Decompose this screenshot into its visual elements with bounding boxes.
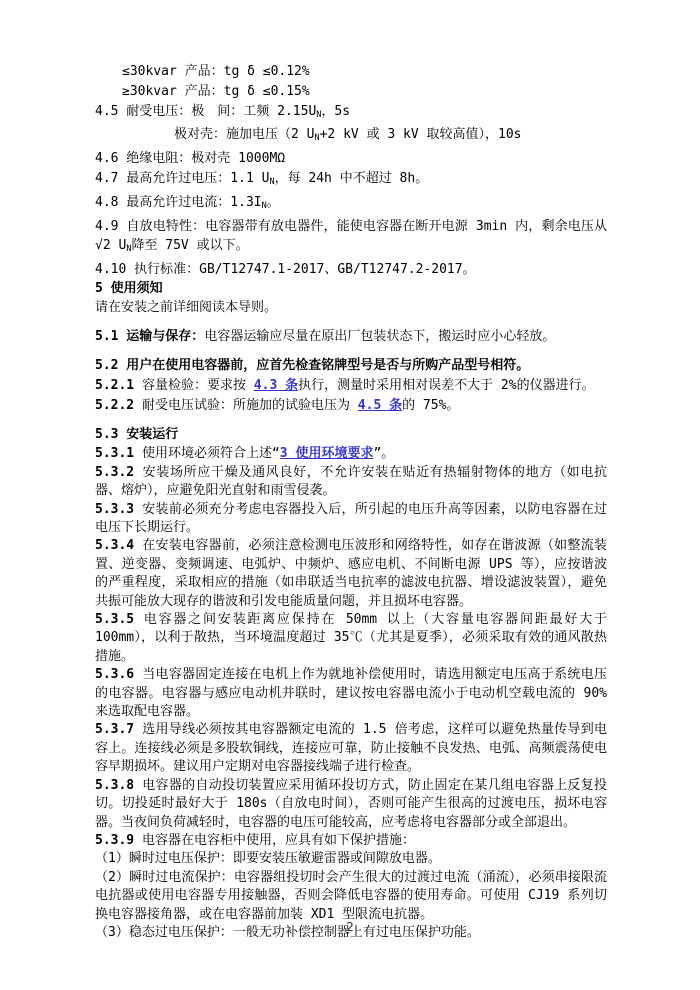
spec-item-4-7: 4.7 最高允许过电压：1.1 UN，每 24h 中不超过 8h。 — [95, 169, 607, 193]
item-text: 选用导线必须按其电容器额定电流的 1.5 倍考虑，这样可以避免热量传导到电容上。… — [95, 722, 607, 774]
item-number: 5.3.7 — [95, 722, 134, 737]
item-text: 在安装电容器前，必须注意检测电压波形和网络特性，如存在谐波源（如整流装置、逆变器… — [95, 538, 607, 608]
ref-link-4-5[interactable]: 4.5 条 — [358, 398, 402, 413]
spec-item-4-9: 4.9 自放电特性：电容器带有放电器件，能使电容器在断开电源 3min 内，剩余… — [95, 217, 607, 261]
spec-item-4-10: 4.10 执行标准：GB/T12747.1-2017、GB/T12747.2-2… — [95, 260, 607, 280]
item-text: 的 75%。 — [402, 398, 459, 413]
item-number: 5.2.2 — [95, 398, 134, 413]
item-text: ”。 — [373, 446, 394, 461]
spec-text: 4.10 执行标准：GB/T12747.1-2017、GB/T12747.2-2… — [95, 262, 476, 277]
para-5-3-5: 5.3.5 电容器之间安装距离应保持在 50mm 以上（大容量电容器间距最好大于… — [95, 611, 607, 666]
item-text: 当电容器固定连接在电机上作为就地补偿使用时，请选用额定电压高于系统电压的电容器。… — [95, 667, 607, 719]
section-4-specs: ≤30kvar 产品：tg δ ≤0.12% ≥30kvar 产品：tg δ ≤… — [95, 62, 607, 280]
document-page: ≤30kvar 产品：tg δ ≤0.12% ≥30kvar 产品：tg δ ≤… — [95, 62, 607, 942]
spec-item-4-5-cont: 极对壳：施加电压（2 UN+2 kV 或 3 kV 取较高值），10s — [95, 125, 607, 149]
item-text: 执行，测量时采用相对误差不大于 2%的仪器进行。 — [298, 378, 594, 393]
item-text: 使用环境必须符合上述“ — [134, 446, 280, 461]
spec-text: 4.8 最高允许过电流：1.3I — [95, 195, 262, 210]
para-5-2-2: 5.2.2 耐受电压试验：所施加的试验电压为 4.5 条的 75%。 — [95, 396, 607, 416]
para-5-3-2: 5.3.2 安装场所应干燥及通风良好，不允许安装在贴近有热辐射物体的地方（如电抗… — [95, 464, 607, 501]
spec-text: 4.7 最高允许过电压：1.1 U — [95, 171, 269, 186]
ref-link-4-3[interactable]: 4.3 条 — [254, 378, 298, 393]
item-number: 5.3.8 — [95, 778, 134, 793]
spec-text: ，每 24h 中不超过 8h。 — [275, 171, 429, 186]
ref-link-section-3[interactable]: 3 使用环境要求 — [280, 446, 374, 461]
item-text: （1）瞬时过电压保护：即要安装压敏避雷器或间隙放电器。 — [95, 851, 441, 866]
item-text: 5.3 安装运行 — [95, 427, 178, 442]
section-heading: 5 使用须知 — [95, 280, 607, 298]
intro-note: 请在安装之前详细阅读本导则。 — [95, 298, 607, 318]
item-text: 电容器运输应尽量在原出厂包装状态下，搬运时应小心轻放。 — [204, 329, 555, 344]
spec-item-4-6: 4.6 绝缘电阻：极对壳 1000MΩ — [95, 149, 607, 169]
para-5-3-7: 5.3.7 选用导线必须按其电容器额定电流的 1.5 倍考虑，这样可以避免热量传… — [95, 721, 607, 776]
item-text: 安装场所应干燥及通风良好，不允许安装在贴近有热辐射物体的地方（如电抗器、熔炉），… — [95, 465, 607, 498]
item-number: 5.3.5 — [95, 612, 134, 627]
item-text: 5.2 用户在使用电容器前，应首先检查铭牌型号是否与所购产品型号相符。 — [95, 358, 529, 373]
para-5-3-6: 5.3.6 当电容器固定连接在电机上作为就地补偿使用时，请选用额定电压高于系统电… — [95, 666, 607, 721]
spec-item-4-5: 4.5 耐受电压：极 间：工频 2.15UN，5s — [95, 102, 607, 126]
item-number: 5.3.1 — [95, 446, 134, 461]
item-number: 5.3.3 — [95, 502, 134, 517]
protection-item-2: （2）瞬时过电流保护：电容器组投切时会产生很大的过渡过电流（涌流），必须串接限流… — [95, 869, 607, 924]
page-number: 2 — [0, 919, 700, 934]
spec-text: 4.5 耐受电压：极 间：工频 2.15U — [95, 104, 316, 119]
para-5-2: 5.2 用户在使用电容器前，应首先检查铭牌型号是否与所购产品型号相符。 — [95, 356, 607, 376]
item-text: 电容器在电容柜中使用，应具有如下保护措施： — [134, 833, 415, 848]
para-5-3-9: 5.3.9 电容器在电容柜中使用，应具有如下保护措施： — [95, 832, 607, 850]
item-number: 5.3.4 — [95, 538, 134, 553]
para-5-3-3: 5.3.3 安装前必须充分考虑电容器投入后，所引起的电压升高等因素，以防电容器在… — [95, 501, 607, 538]
spec-text: 降至 75V 或以下。 — [131, 238, 248, 253]
item-number: 5.3.2 — [95, 465, 134, 480]
spec-text: ≥30kvar 产品：tg δ ≤0.15% — [122, 84, 310, 99]
spec-text: +2 kV 或 3 kV 取较高值），10s — [320, 127, 522, 142]
section-5-intro: 请在安装之前详细阅读本导则。 5.1 运输与保存：电容器运输应尽量在原出厂包装状… — [95, 298, 607, 445]
section-5-usage-notes: 5 使用须知 请在安装之前详细阅读本导则。 5.1 运输与保存：电容器运输应尽量… — [95, 280, 607, 942]
item-number: 5.3.9 — [95, 833, 134, 848]
protection-item-1: （1）瞬时过电压保护：即要安装压敏避雷器或间隙放电器。 — [95, 850, 607, 868]
item-text: （2）瞬时过电流保护：电容器组投切时会产生很大的过渡过电流（涌流），必须串接限流… — [95, 870, 607, 922]
spec-tan-delta-small: ≤30kvar 产品：tg δ ≤0.12% — [95, 62, 607, 82]
para-5-3-8: 5.3.8 电容器的自动投切装置应采用循环投切方式，防止固定在某几组电容器上反复… — [95, 777, 607, 832]
item-text: 耐受电压试验：所施加的试验电压为 — [134, 398, 358, 413]
para-5-3-heading: 5.3 安装运行 — [95, 425, 607, 445]
item-text: 电容器之间安装距离应保持在 50mm 以上（大容量电容器间距最好大于 100mm… — [95, 612, 607, 664]
item-text: 电容器的自动投切装置应采用循环投切方式，防止固定在某几组电容器上反复投切。切投延… — [95, 778, 607, 830]
intro-text: 请在安装之前详细阅读本导则。 — [95, 300, 277, 315]
para-5-1: 5.1 运输与保存：电容器运输应尽量在原出厂包装状态下，搬运时应小心轻放。 — [95, 327, 607, 347]
item-number: 5.2.1 — [95, 378, 134, 393]
spec-text: 。 — [267, 195, 280, 210]
item-number: 5.3.6 — [95, 667, 134, 682]
para-5-3-1: 5.3.1 使用环境必须符合上述“3 使用环境要求”。 — [95, 445, 607, 463]
spec-text: 4.6 绝缘电阻：极对壳 1000MΩ — [95, 151, 285, 166]
item-text: 容量检验：要求按 — [134, 378, 254, 393]
spec-text: 极对壳：施加电压（2 U — [174, 127, 314, 142]
item-label: 5.1 运输与保存： — [95, 329, 204, 344]
para-5-3-4: 5.3.4 在安装电容器前，必须注意检测电压波形和网络特性，如存在谐波源（如整流… — [95, 537, 607, 611]
item-text: 安装前必须充分考虑电容器投入后，所引起的电压升高等因素，以防电容器在过电压下长期… — [95, 502, 607, 535]
spec-tan-delta-large: ≥30kvar 产品：tg δ ≤0.15% — [95, 82, 607, 102]
spec-item-4-8: 4.8 最高允许过电流：1.3IN。 — [95, 193, 607, 217]
spec-text: ≤30kvar 产品：tg δ ≤0.12% — [122, 64, 310, 79]
para-5-2-1: 5.2.1 容量检验：要求按 4.3 条执行，测量时采用相对误差不大于 2%的仪… — [95, 376, 607, 396]
spec-text: ，5s — [321, 104, 350, 119]
